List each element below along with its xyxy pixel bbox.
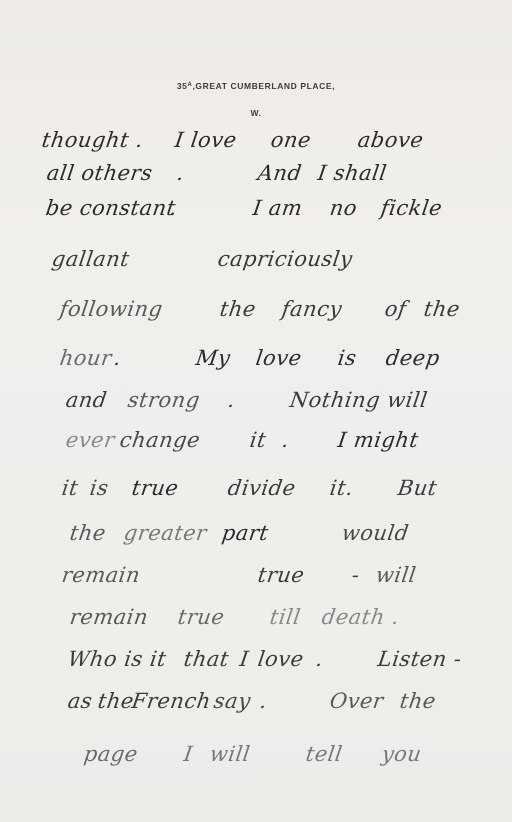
handwritten-line-6: hour . My love is deep [0, 342, 512, 382]
handwritten-word: . [390, 601, 402, 633]
address-number: 35 [177, 81, 188, 91]
handwritten-word: I am [251, 192, 305, 224]
handwritten-word: capriciously [216, 243, 355, 275]
handwritten-line-2: all others . And I shall [0, 157, 512, 197]
handwritten-word: that [182, 643, 231, 675]
handwritten-word: And [256, 157, 304, 189]
letterhead-district: W. [0, 108, 512, 118]
handwritten-word: Who is it [66, 643, 169, 675]
handwritten-word: is [88, 472, 111, 504]
handwritten-word: is [336, 342, 359, 374]
handwritten-word: . [134, 124, 146, 156]
handwritten-word: remain [68, 601, 151, 633]
letterhead-address: 35A,GREAT CUMBERLAND PLACE, [0, 81, 512, 91]
handwritten-word: thought [40, 124, 132, 156]
handwritten-word: the [68, 517, 108, 549]
handwritten-word: I might [336, 424, 421, 456]
handwritten-word: till [268, 601, 303, 633]
handwritten-word: I [182, 738, 195, 770]
handwritten-word: deep [384, 342, 442, 374]
handwritten-word: the [398, 685, 438, 717]
handwritten-line-4: gallant capriciously [0, 243, 512, 283]
handwritten-word: it [60, 472, 81, 504]
handwritten-word: true [256, 559, 307, 591]
handwritten-word: of [383, 293, 409, 325]
handwritten-word: . [280, 424, 292, 456]
handwritten-word: the [218, 293, 258, 325]
handwritten-word: will [208, 738, 253, 770]
handwritten-word: one [269, 124, 314, 156]
handwritten-word: true [176, 601, 227, 633]
handwritten-word: it. [328, 472, 356, 504]
letter-page: 35A,GREAT CUMBERLAND PLACE, W. thought .… [0, 0, 512, 822]
handwritten-word: I love [173, 124, 239, 156]
handwritten-word: I shall [316, 157, 389, 189]
handwritten-word: . [314, 643, 326, 675]
handwritten-word: all others [45, 157, 155, 189]
handwritten-word: . [175, 157, 187, 189]
handwritten-word: love [256, 643, 306, 675]
handwritten-word: be constant [44, 192, 178, 224]
handwritten-line-15: page I will tell you [0, 738, 512, 778]
handwritten-line-7: and strong . Nothing will [0, 384, 512, 424]
handwritten-word: hour [58, 342, 114, 374]
handwritten-word: strong [126, 384, 202, 416]
handwritten-word: true [130, 472, 181, 504]
handwritten-word: change [118, 424, 203, 456]
handwritten-word: greater [122, 517, 209, 549]
handwritten-word: gallant [50, 243, 132, 275]
handwritten-word: Nothing will [288, 384, 430, 416]
handwritten-word: . [258, 685, 270, 717]
handwritten-word: say [212, 685, 253, 717]
handwritten-word: part [220, 517, 271, 549]
address-street: ,GREAT CUMBERLAND PLACE, [192, 81, 335, 91]
handwritten-line-14: as the French say . Over the [0, 685, 512, 725]
handwritten-line-9: it is true divide it. But [0, 472, 512, 512]
handwritten-word: - [350, 559, 362, 591]
handwritten-line-3: be constant . I am no fickle [0, 192, 512, 232]
handwritten-word: page [82, 738, 140, 770]
handwritten-word: would [340, 517, 411, 549]
handwritten-word: fickle [379, 192, 445, 224]
handwritten-word: . [226, 384, 238, 416]
handwritten-word: Listen - [376, 643, 464, 675]
handwritten-line-8: ever change it . I might [0, 424, 512, 464]
handwritten-word: ever [64, 424, 117, 456]
handwritten-word: as [66, 685, 95, 717]
handwritten-word: I [238, 643, 251, 675]
handwritten-word: will [374, 559, 419, 591]
handwritten-word: following [58, 293, 165, 325]
handwritten-word: fancy [280, 293, 344, 325]
handwritten-word: and [64, 384, 109, 416]
handwritten-word: French [130, 685, 213, 717]
handwritten-word: it [248, 424, 269, 456]
handwritten-line-5: following the fancy of the [0, 293, 512, 333]
handwritten-line-11: remain true - will [0, 559, 512, 599]
handwritten-word: remain [60, 559, 143, 591]
handwritten-word: no [328, 192, 360, 224]
handwritten-line-12: remain true till death . [0, 601, 512, 641]
handwritten-word: love [254, 342, 304, 374]
handwritten-word: the [422, 293, 462, 325]
handwritten-word: divide [226, 472, 298, 504]
handwritten-word: My [194, 342, 233, 374]
handwritten-line-10: the greater part would [0, 517, 512, 557]
handwritten-word: death [320, 601, 387, 633]
handwritten-line-13: Who is it that I love . Listen - [0, 643, 512, 683]
handwritten-word: tell [304, 738, 345, 770]
handwritten-word: above [356, 124, 426, 156]
handwritten-word: Over [328, 685, 386, 717]
handwritten-word: you [380, 738, 424, 770]
handwritten-word: But [396, 472, 439, 504]
